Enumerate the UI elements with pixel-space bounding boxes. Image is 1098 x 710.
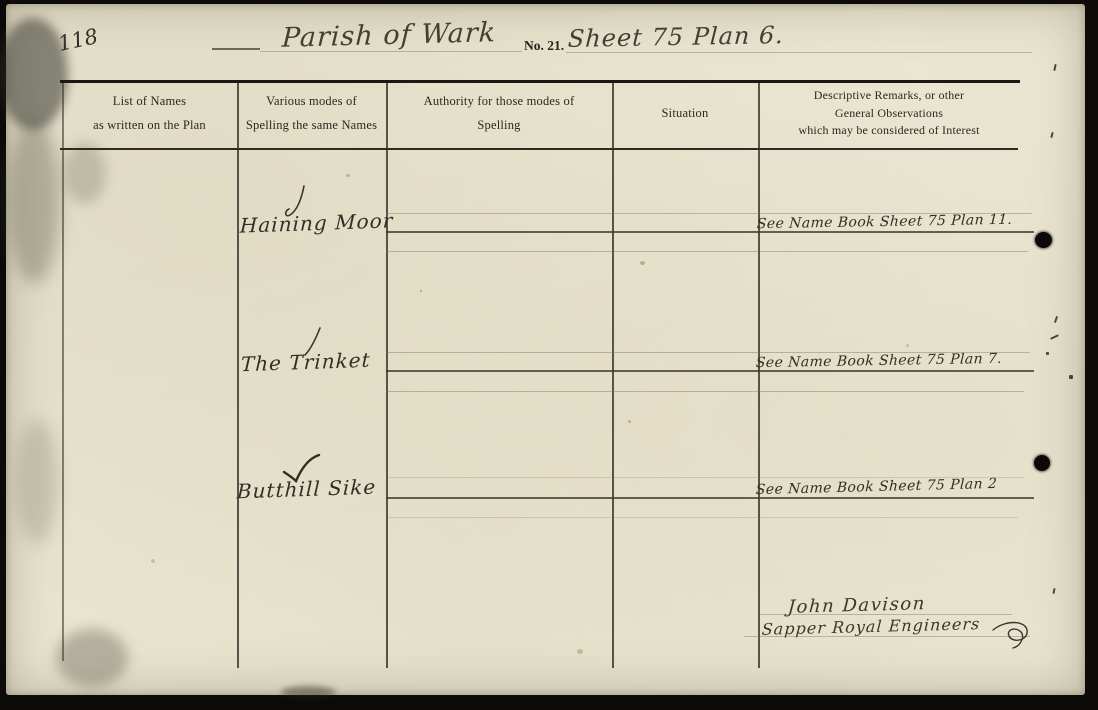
stain	[281, 686, 336, 698]
page-number: 118	[56, 24, 100, 56]
entry-remarks: See Name Book Sheet 75 Plan 2	[755, 476, 997, 498]
column-header-authority: Authority for those modes of Spelling	[386, 89, 612, 137]
column-header-line: Authority for those modes of	[386, 89, 612, 113]
sheet-no-label: No. 21.	[524, 38, 564, 54]
table-border-left	[62, 83, 64, 661]
column-header-line: General Observations	[758, 105, 1020, 123]
column-header-line: Various modes of	[237, 89, 386, 113]
ink-fleck	[1054, 316, 1058, 323]
punch-hole	[1035, 232, 1052, 248]
table-top-border	[60, 80, 1020, 83]
ruled-line	[386, 251, 1028, 252]
parish-title: Parish of Wark	[281, 17, 497, 54]
foxing-speck	[420, 290, 422, 292]
stain	[64, 142, 106, 204]
ink-fleck	[1050, 132, 1053, 138]
stain	[16, 419, 58, 544]
foxing-speck	[640, 261, 645, 265]
foxing-speck	[906, 344, 909, 347]
ink-fleck	[1052, 588, 1055, 594]
signature-flourish	[991, 616, 1031, 650]
foxing-speck	[577, 649, 583, 654]
column-divider-3	[612, 83, 614, 668]
column-header-line: Situation	[612, 106, 758, 121]
stain	[8, 119, 60, 284]
table-header-separator	[60, 148, 1018, 150]
ruled-line	[386, 497, 1034, 499]
entry-spelling: Butthill Sike	[236, 475, 376, 504]
column-header-names: List of Names as written on the Plan	[62, 89, 237, 137]
ruled-line	[386, 391, 1024, 392]
header-dash-rule	[212, 48, 260, 50]
column-header-remarks: Descriptive Remarks, or other General Ob…	[758, 87, 1020, 140]
column-divider-1	[237, 83, 239, 668]
signature-name: John Davison	[787, 593, 926, 618]
entry-remarks: See Name Book Sheet 75 Plan 7.	[755, 351, 1002, 371]
scanned-document: 118 Parish of Wark No. 21. Sheet 75 Plan…	[0, 0, 1098, 710]
column-header-line: Spelling the same Names	[237, 113, 386, 137]
ink-fleck	[1053, 64, 1056, 71]
column-header-line: List of Names	[62, 89, 237, 113]
ink-fleck	[1069, 375, 1073, 379]
entry-spelling: The Trinket	[240, 348, 371, 377]
column-divider-4	[758, 83, 760, 668]
entry-remarks: See Name Book Sheet 75 Plan 11.	[756, 212, 1012, 232]
column-header-line: Descriptive Remarks, or other	[758, 87, 1020, 105]
column-header-line: as written on the Plan	[62, 113, 237, 137]
ruled-line	[386, 517, 1018, 518]
column-header-line: which may be considered of Interest	[758, 122, 1020, 140]
punch-hole	[1034, 455, 1050, 471]
ink-fleck	[1050, 334, 1059, 340]
paper-page: 118 Parish of Wark No. 21. Sheet 75 Plan…	[6, 4, 1085, 695]
entry-spelling: Haining Moor	[239, 208, 393, 237]
foxing-speck	[346, 174, 350, 177]
column-header-situation: Situation	[612, 106, 758, 121]
foxing-speck	[628, 420, 631, 423]
foxing-speck	[151, 559, 155, 563]
stain	[56, 629, 128, 687]
column-header-spelling-modes: Various modes of Spelling the same Names	[237, 89, 386, 137]
ink-fleck	[1046, 352, 1049, 355]
ruled-line	[386, 370, 1034, 372]
ruled-line	[386, 231, 1034, 233]
header-writing-line-right	[566, 52, 1032, 53]
column-header-line: Spelling	[386, 113, 612, 137]
sheet-plan-title: Sheet 75 Plan 6.	[567, 21, 785, 53]
column-divider-2	[386, 83, 388, 668]
